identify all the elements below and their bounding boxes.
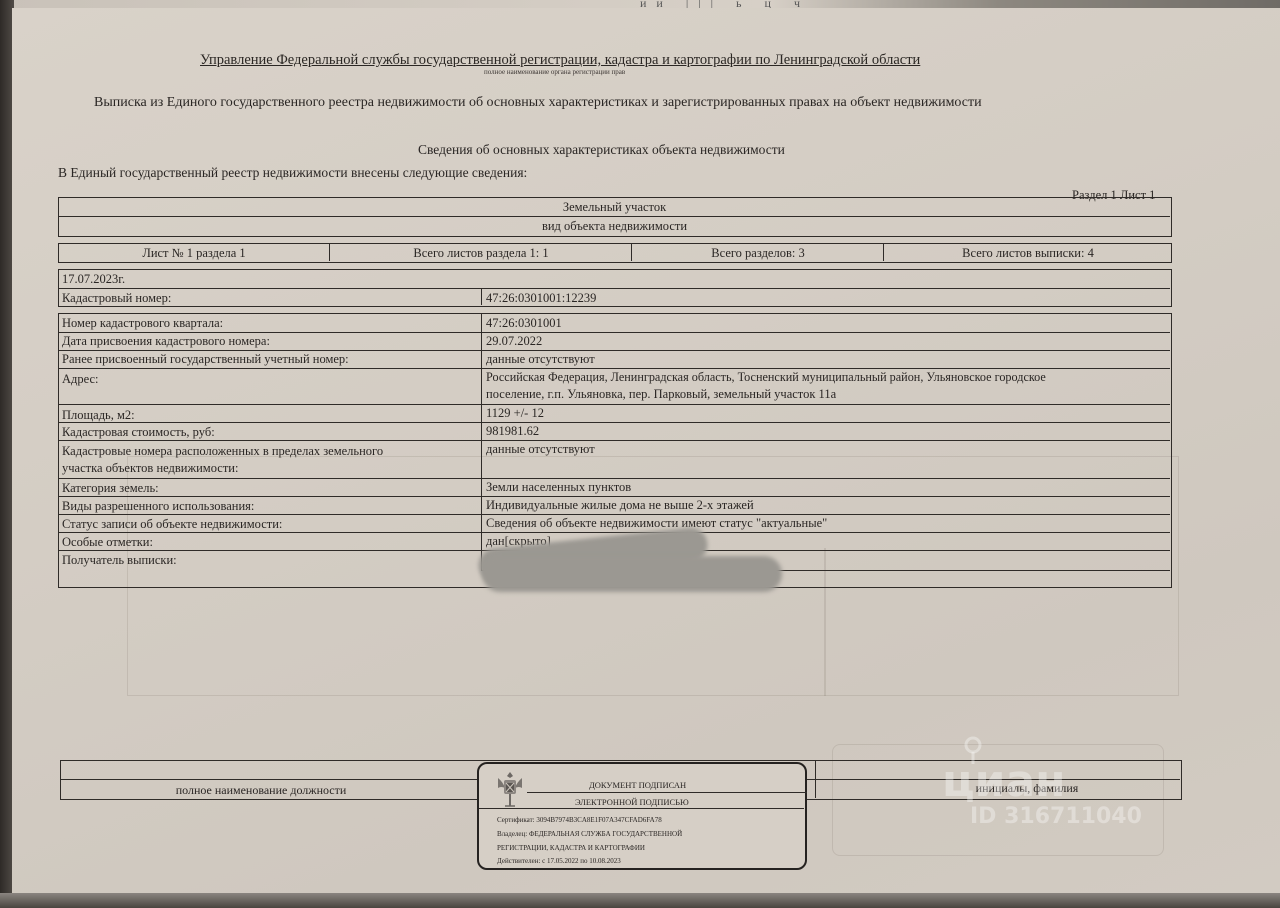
address-line-2: поселение, г.п. Ульяновка, пер. Парковый…	[486, 386, 836, 402]
field-label: Получатель выписки:	[62, 552, 177, 568]
background-bottom-shadow	[0, 893, 1280, 908]
total-section-sheets: Всего листов раздела 1: 1	[331, 245, 631, 261]
divider	[59, 288, 1170, 289]
field-label: Категория земель:	[62, 480, 159, 496]
certificate: Сертификат: 3094B7974B3CA8E1F07A347CFAD6…	[497, 816, 662, 824]
divider	[329, 244, 330, 261]
divider	[59, 440, 1170, 441]
divider	[479, 808, 804, 809]
field-label-line-1: Кадастровые номера расположенных в преде…	[62, 443, 383, 459]
field-label: Адрес:	[62, 371, 99, 387]
field-value: 29.07.2022	[486, 333, 542, 349]
watermark-id: ID 316711040	[970, 804, 1142, 829]
electronic-signature-stamp: ДОКУМЕНТ ПОДПИСАН ЭЛЕКТРОННОЙ ПОДПИСЬЮ С…	[477, 762, 807, 870]
field-label: Особые отметки:	[62, 534, 153, 550]
object-type-caption: вид объекта недвижимости	[59, 218, 1170, 234]
field-value: 47:26:0301001	[486, 315, 562, 331]
divider	[883, 244, 884, 261]
date-cadastral-box: 17.07.2023г. Кадастровый номер: 47:26:03…	[58, 269, 1172, 307]
section-title: Сведения об основных характеристиках объ…	[418, 142, 785, 158]
emblem-icon	[495, 770, 525, 810]
owner-line-1: Владелец: ФЕДЕРАЛЬНАЯ СЛУЖБА ГОСУДАРСТВЕ…	[497, 830, 682, 838]
agency-caption: полное наименование органа регистрации п…	[484, 68, 625, 76]
field-label: Виды разрешенного использования:	[62, 498, 254, 514]
divider	[527, 792, 807, 793]
field-label: Площадь, м2:	[62, 407, 135, 423]
field-value: 1129 +/- 12	[486, 405, 544, 421]
object-type: Земельный участок	[59, 199, 1170, 215]
divider	[815, 761, 816, 798]
owner-line-2: РЕГИСТРАЦИИ, КАДАСТРА И КАРТОГРАФИИ	[497, 844, 645, 852]
extract-date: 17.07.2023г.	[62, 271, 125, 287]
divider	[59, 422, 1170, 423]
field-label: Дата присвоения кадастрового номера:	[62, 333, 270, 349]
stamp-line-2: ЭЛЕКТРОННОЙ ПОДПИСЬЮ	[575, 797, 689, 807]
intro-text: В Единый государственный реестр недвижим…	[58, 165, 527, 181]
field-label: Кадастровая стоимость, руб:	[62, 424, 215, 440]
stamp-line-1: ДОКУМЕНТ ПОДПИСАН	[589, 780, 686, 790]
field-label: Ранее присвоенный государственный учетны…	[62, 351, 349, 367]
divider	[631, 244, 632, 261]
divider	[59, 532, 1170, 533]
address-line-1: Российская Федерация, Ленинградская обла…	[486, 369, 1046, 385]
document-page: Управление Федеральной службы государств…	[12, 8, 1280, 896]
field-label: Статус записи об объекте недвижимости:	[62, 516, 282, 532]
watermark-brand: циан	[942, 756, 1066, 807]
field-value: Сведения об объекте недвижимости имеют с…	[486, 515, 827, 531]
sheet-info-row: Лист № 1 раздела 1 Всего листов раздела …	[58, 243, 1172, 263]
field-value: Земли населенных пунктов	[486, 479, 631, 495]
validity: Действителен: с 17.05.2022 по 10.08.2023	[497, 857, 621, 865]
divider	[59, 216, 1170, 217]
divider	[59, 404, 1170, 405]
field-value: данные отсутствуют	[486, 441, 595, 457]
divider	[481, 288, 482, 305]
redaction-mark	[482, 556, 782, 592]
agency-name: Управление Федеральной службы государств…	[200, 52, 920, 69]
field-value: 981981.62	[486, 423, 539, 439]
field-label: Номер кадастрового квартала:	[62, 315, 223, 331]
sheet-number: Лист № 1 раздела 1	[59, 245, 329, 261]
field-value: данные отсутствуют	[486, 351, 595, 367]
document-title: Выписка из Единого государственного реес…	[94, 95, 982, 111]
field-label-line-2: участка объектов недвижимости:	[62, 460, 238, 476]
object-type-box: Земельный участок вид объекта недвижимос…	[58, 197, 1172, 237]
field-value: Индивидуальные жилые дома не выше 2-х эт…	[486, 497, 754, 513]
total-sections: Всего разделов: 3	[633, 245, 883, 261]
cadastral-number-value: 47:26:0301001:12239	[486, 290, 596, 306]
position-caption: полное наименование должности	[61, 782, 461, 798]
cadastral-number-label: Кадастровый номер:	[62, 290, 171, 306]
total-extract-sheets: Всего листов выписки: 4	[885, 245, 1171, 261]
